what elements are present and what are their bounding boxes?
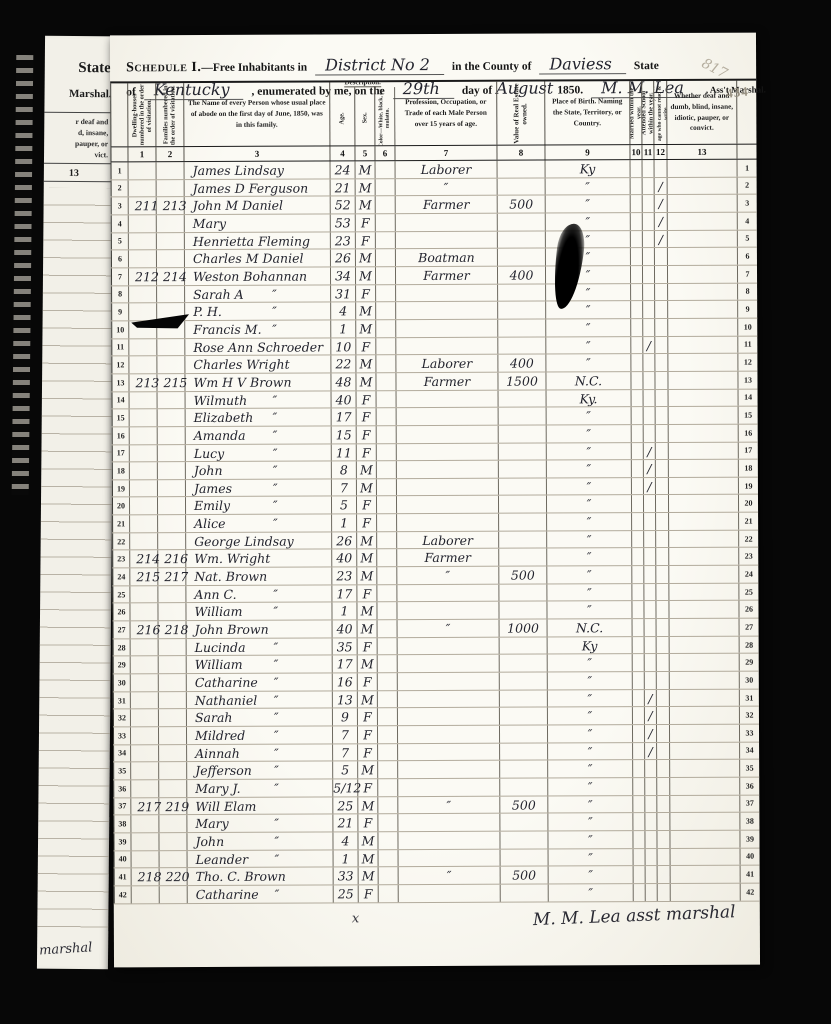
person-name: Sarah: [195, 710, 233, 725]
cell-sex: M: [357, 532, 377, 549]
cell-age: 8: [332, 461, 357, 478]
cell-real-estate-value: [499, 390, 547, 407]
cell-real-estate-value: [499, 461, 547, 478]
col-header-age: Age.: [330, 87, 355, 145]
cell-name: Mary J.″: [187, 779, 333, 796]
cell-sex: M: [358, 656, 378, 673]
cell-name: Will Elam: [187, 797, 333, 814]
cell-real-estate-value: [499, 531, 547, 548]
cell-dwelling-number: 217: [131, 798, 159, 815]
cell-family-number: [157, 250, 185, 267]
cell-dwelling-number: [130, 409, 158, 426]
row-number-left: 2: [111, 180, 129, 197]
cell-color: [377, 514, 397, 531]
cell-real-estate-value: [500, 726, 548, 743]
cell-condition: [668, 195, 738, 212]
cell-real-estate-value: 1000: [500, 620, 548, 637]
cell-married-in-year: [631, 213, 643, 230]
column-number: 12: [654, 145, 667, 159]
cell-age: 40: [332, 391, 357, 408]
cell-color: [377, 550, 397, 567]
cell-real-estate-value: [498, 178, 546, 195]
cell-condition: [669, 566, 739, 583]
cell-name: Henrietta Fleming: [185, 232, 331, 249]
cell-real-estate-value: [499, 425, 547, 442]
cell-color: [377, 497, 397, 514]
cell-color: [379, 850, 399, 867]
cell-sex: M: [356, 179, 376, 196]
cell-sex: F: [358, 673, 378, 690]
cell-color: [378, 814, 398, 831]
cell-occupation: [398, 761, 500, 778]
margin-number: [110, 147, 128, 161]
row-number-left: 37: [113, 798, 131, 815]
cell-family-number: 216: [158, 551, 186, 568]
cell-cannot-read-write: [657, 725, 670, 742]
row-number-right: 28: [740, 636, 759, 653]
cell-sex: F: [357, 408, 377, 425]
cell-attended-school: /: [645, 690, 657, 707]
name-ditto-mark: ″: [273, 409, 278, 426]
cell-sex: M: [356, 161, 376, 178]
cell-sex: M: [356, 197, 376, 214]
cell-family-number: [160, 886, 188, 903]
cell-cannot-read-write: [657, 743, 670, 760]
person-name: William: [195, 657, 243, 672]
column-number: 1: [128, 147, 156, 161]
cell-real-estate-value: [498, 161, 546, 178]
table-header: Dwelling-houses numbered in the order of…: [110, 79, 756, 148]
cell-real-estate-value: [499, 496, 547, 513]
row-number-right: 20: [739, 495, 758, 512]
cell-dwelling-number: [131, 657, 159, 674]
cell-dwelling-number: 218: [132, 868, 160, 885]
cell-name: Elizabeth″: [186, 409, 332, 426]
row-number-right: 8: [738, 283, 757, 300]
cell-occupation: Laborer: [396, 161, 498, 178]
cell-married-in-year: [633, 707, 645, 724]
cell-married-in-year: [631, 160, 643, 177]
name-ditto-mark: ″: [274, 709, 279, 726]
column-number: 8: [497, 146, 545, 160]
cell-family-number: [157, 339, 185, 356]
cell-cannot-read-write: [656, 407, 669, 424]
cell-family-number: [157, 180, 185, 197]
cell-occupation: [396, 320, 498, 337]
person-name: John M Daniel: [193, 198, 283, 213]
cell-family-number: [159, 709, 187, 726]
col-header-text: Attended School within the year.: [642, 82, 654, 144]
cell-color: [377, 391, 397, 408]
row-number-right: 19: [739, 477, 758, 494]
cell-sex: F: [356, 232, 376, 249]
cell-attended-school: [643, 284, 655, 301]
cell-color: [378, 673, 398, 690]
cell-color: [376, 355, 396, 372]
col-header-text: Value of Real Estate owned.: [513, 82, 529, 144]
cell-real-estate-value: [500, 761, 548, 778]
cell-age: 26: [332, 532, 357, 549]
cell-sex: F: [358, 779, 378, 796]
cell-condition: [669, 460, 739, 477]
cell-condition: [669, 425, 739, 442]
cell-birthplace: ″: [546, 195, 631, 212]
row-number-left: 40: [114, 851, 132, 868]
cell-age: 33: [334, 868, 359, 885]
name-ditto-mark: ″: [273, 462, 278, 479]
row-number-left: 32: [113, 710, 131, 727]
cell-name: William″: [186, 603, 332, 620]
cell-name: Mary: [185, 214, 331, 231]
cell-color: [378, 620, 398, 637]
cell-sex: M: [356, 320, 376, 337]
cell-dwelling-number: [129, 339, 157, 356]
col-header-text: Dwelling-houses numbered in the order of…: [131, 84, 153, 146]
cell-family-number: [158, 603, 186, 620]
cell-age: 31: [331, 285, 356, 302]
fragment-line: d, insane,: [37, 128, 108, 140]
cell-dwelling-number: [130, 427, 158, 444]
cell-color: [378, 656, 398, 673]
col-header-dwelling: Dwelling-houses numbered in the order of…: [128, 83, 156, 146]
cell-color: [377, 567, 397, 584]
row-number-left: 14: [112, 392, 130, 409]
cell-cannot-read-write: [656, 495, 669, 512]
cell-age: 5: [333, 762, 358, 779]
row-number-right: 31: [740, 689, 759, 706]
cell-age: 22: [331, 356, 356, 373]
row-number-right: 22: [739, 530, 758, 547]
cell-age: 5/12: [333, 779, 358, 796]
cell-occupation: [398, 690, 500, 707]
cell-real-estate-value: 500: [498, 196, 546, 213]
row-number-right: 14: [739, 389, 758, 406]
column-number: 3: [184, 146, 330, 161]
cell-age: 40: [332, 550, 357, 567]
row-number-right: 16: [739, 424, 758, 441]
cell-occupation: [397, 602, 499, 619]
fragment-line: pauper, or: [37, 138, 108, 150]
cell-married-in-year: [633, 778, 645, 795]
cell-sex: M: [359, 867, 379, 884]
cell-cannot-read-write: [657, 760, 670, 777]
cell-married-in-year: [633, 760, 645, 777]
cell-real-estate-value: [498, 284, 546, 301]
cell-attended-school: /: [644, 460, 656, 477]
row-number-left: 24: [112, 568, 130, 585]
person-name: Rose Ann Schroeder: [193, 339, 323, 355]
cell-sex: F: [357, 585, 377, 602]
cell-dwelling-number: [129, 233, 157, 250]
cell-family-number: [158, 498, 186, 515]
cell-real-estate-value: [498, 231, 546, 248]
cell-color: [376, 302, 396, 319]
cell-condition: [670, 636, 740, 653]
cell-sex: M: [356, 250, 376, 267]
cell-color: [376, 373, 396, 390]
cell-family-number: [157, 286, 185, 303]
footer-x-mark: x: [352, 911, 359, 926]
cell-cannot-read-write: [655, 337, 668, 354]
cell-attended-school: [646, 884, 658, 901]
cell-color: [376, 249, 396, 266]
column-number: 5: [355, 146, 375, 160]
cell-name: John M Daniel: [185, 197, 331, 214]
cell-color: [378, 726, 398, 743]
row-number-right: 17: [739, 442, 758, 459]
cell-attended-school: /: [644, 443, 656, 460]
row-number-right: 13: [738, 371, 757, 388]
cell-name: James″: [186, 479, 332, 496]
cell-age: 17: [332, 409, 357, 426]
row-number-right: 21: [739, 513, 758, 530]
person-name: Emily: [194, 498, 230, 513]
cell-condition: [668, 213, 738, 230]
person-name: Charles Wright: [193, 357, 289, 372]
person-name: Ainnah: [195, 746, 240, 761]
name-ditto-mark: ″: [274, 744, 279, 761]
row-number-right: 39: [740, 831, 759, 848]
cell-condition: [668, 230, 738, 247]
cell-sex: F: [357, 497, 377, 514]
cell-name: Mildred″: [187, 726, 333, 743]
cell-attended-school: [645, 760, 657, 777]
cell-married-in-year: [631, 266, 643, 283]
row-number-right: 12: [738, 354, 757, 371]
cell-age: 34: [331, 267, 356, 284]
row-number-right: 6: [738, 248, 757, 265]
row-number-right: 1: [738, 160, 757, 177]
row-number-right: 36: [740, 778, 759, 795]
cell-color: [376, 196, 396, 213]
cell-birthplace: Ky.: [547, 390, 632, 407]
row-number-left: 31: [113, 692, 131, 709]
cell-sex: M: [357, 479, 377, 496]
name-ditto-mark: ″: [274, 656, 279, 673]
col-header-birthplace: Place of Birth. Naming the State, Territ…: [545, 81, 630, 144]
cell-condition: [670, 619, 740, 636]
cell-cannot-read-write: [656, 460, 669, 477]
cell-occupation: Farmer: [397, 549, 499, 566]
col-header-text: Color—White, black, or mulatto.: [378, 87, 391, 145]
person-name: Mary: [193, 216, 226, 231]
cell-attended-school: [643, 178, 655, 195]
col-header-text: Sex.: [361, 113, 368, 124]
cell-real-estate-value: [499, 478, 547, 495]
cell-cannot-read-write: /: [655, 178, 668, 195]
cell-family-number: [157, 162, 185, 179]
name-ditto-mark: ″: [273, 427, 278, 444]
col-header-text: Married within the year.: [630, 82, 642, 144]
col-header-sex: Sex.: [355, 87, 375, 145]
cell-condition: [669, 407, 739, 424]
column-number: 13: [667, 145, 737, 159]
row-number-left: 29: [113, 657, 131, 674]
cell-age: 10: [331, 338, 356, 355]
cell-real-estate-value: [498, 213, 546, 230]
cell-attended-school: /: [644, 478, 656, 495]
row-number-left: 12: [111, 357, 129, 374]
cell-family-number: [158, 533, 186, 550]
row-number-right: 41: [741, 866, 760, 883]
cell-occupation: [398, 673, 500, 690]
cell-cannot-read-write: [655, 301, 668, 318]
row-number-right: 30: [740, 672, 759, 689]
cell-name: Wm H V Brown: [185, 373, 331, 390]
col-header-families: Families numbered in the order of visita…: [156, 83, 184, 146]
margin-number: [737, 145, 756, 159]
name-ditto-mark: ″: [274, 691, 279, 708]
cell-occupation: [396, 231, 498, 248]
column-number: 6: [375, 146, 395, 160]
cell-family-number: [159, 833, 187, 850]
cell-occupation: [397, 514, 499, 531]
cell-attended-school: [645, 654, 657, 671]
cell-name: Amanda″: [186, 426, 332, 443]
row-number-left: 8: [111, 286, 129, 303]
cell-married-in-year: [634, 866, 646, 883]
cell-birthplace: ″: [547, 566, 632, 583]
cell-cannot-read-write: [656, 531, 669, 548]
cell-family-number: [158, 409, 186, 426]
cell-married-in-year: [632, 531, 644, 548]
cell-cannot-read-write: /: [655, 195, 668, 212]
cell-married-in-year: [631, 248, 643, 265]
cell-condition: [669, 513, 739, 530]
cell-dwelling-number: [129, 180, 157, 197]
cell-age: 7: [332, 479, 357, 496]
cell-color: [379, 867, 399, 884]
cell-dwelling-number: [129, 250, 157, 267]
cell-name: James D Ferguson: [185, 179, 331, 196]
cell-birthplace: ″: [549, 849, 634, 866]
cell-real-estate-value: [500, 814, 548, 831]
cell-attended-school: /: [645, 743, 657, 760]
column-number: 2: [156, 147, 184, 161]
cell-color: [378, 709, 398, 726]
cell-cannot-read-write: /: [655, 231, 668, 248]
person-name: John: [194, 463, 223, 478]
adjacent-col13-fragment: r deaf and d, insane, pauper, or vict.: [37, 112, 112, 165]
cell-married-in-year: [632, 407, 644, 424]
cell-condition: [669, 442, 739, 459]
cell-condition: [670, 654, 740, 671]
person-name: Nathaniel: [195, 692, 257, 707]
person-name: Henrietta Fleming: [193, 233, 310, 249]
cell-sex: M: [356, 267, 376, 284]
census-page: 817 434 Schedule I.—Free Inhabitants in …: [110, 33, 760, 968]
row-number-left: 28: [113, 639, 131, 656]
cell-birthplace: ″: [548, 796, 633, 813]
row-number-right: 38: [740, 813, 759, 830]
cell-age: 1: [332, 514, 357, 531]
cell-birthplace: N.C.: [546, 372, 631, 389]
cell-real-estate-value: [500, 831, 548, 848]
row-number-right: 26: [739, 601, 758, 618]
cell-real-estate-value: [499, 584, 547, 601]
row-number-left: 11: [111, 339, 129, 356]
margin-header-left: [110, 83, 128, 146]
cell-birthplace: ″: [547, 460, 632, 477]
person-name: Jefferson: [195, 763, 252, 778]
cell-dwelling-number: [132, 886, 160, 903]
cell-birthplace: ″: [546, 354, 631, 371]
cell-name: Charles M Daniel: [185, 250, 331, 267]
cell-married-in-year: [632, 566, 644, 583]
cell-age: 4: [333, 832, 358, 849]
row-number-left: 26: [112, 604, 130, 621]
cell-dwelling-number: [130, 515, 158, 532]
cell-sex: M: [357, 461, 377, 478]
cell-condition: [668, 336, 738, 353]
cell-married-in-year: [632, 425, 644, 442]
person-name: Elizabeth: [194, 410, 254, 425]
cell-name: Catharine″: [187, 673, 333, 690]
row-number-right: 34: [740, 742, 759, 759]
cell-birthplace: ″: [546, 178, 631, 195]
cell-married-in-year: [633, 672, 645, 689]
row-number-left: 3: [111, 198, 129, 215]
cell-attended-school: [643, 160, 655, 177]
person-name: John Brown: [195, 622, 269, 637]
cell-dwelling-number: 214: [130, 551, 158, 568]
cell-attended-school: [644, 566, 656, 583]
adjacent-page-edge: State Marshal. r deaf and d, insane, pau…: [37, 36, 116, 970]
cell-birthplace: Ky: [548, 637, 633, 654]
cell-occupation: [398, 814, 500, 831]
cell-married-in-year: [631, 372, 643, 389]
cell-family-number: [159, 639, 187, 656]
cell-age: 26: [331, 250, 356, 267]
cell-birthplace: ″: [548, 813, 633, 830]
cell-condition: [670, 742, 740, 759]
cell-color: [377, 444, 397, 461]
cell-birthplace: ″: [546, 319, 631, 336]
cell-attended-school: [643, 213, 655, 230]
cell-dwelling-number: [130, 533, 158, 550]
cell-married-in-year: [632, 443, 644, 460]
row-number-left: 1: [111, 162, 129, 179]
page-number-stamp: 434: [725, 84, 749, 102]
cell-attended-school: [644, 513, 656, 530]
row-number-left: 18: [112, 462, 130, 479]
row-number-left: 9: [111, 304, 129, 321]
person-name: William: [194, 604, 242, 619]
person-name: Ann C.: [194, 587, 236, 602]
cell-condition: [670, 672, 740, 689]
cell-real-estate-value: [499, 443, 547, 460]
cell-sex: M: [358, 691, 378, 708]
cell-name: Wilmuth″: [186, 391, 332, 408]
cell-sex: F: [357, 444, 377, 461]
cell-family-number: [158, 462, 186, 479]
cell-family-number: [159, 762, 187, 779]
cell-name: Charles Wright: [185, 356, 331, 373]
cell-cannot-read-write: [656, 584, 669, 601]
cell-color: [377, 461, 397, 478]
row-number-left: 36: [113, 780, 131, 797]
cell-condition: [668, 301, 738, 318]
column-number: 9: [545, 145, 630, 159]
cell-condition: [670, 725, 740, 742]
cell-occupation: ″: [396, 178, 498, 195]
cell-married-in-year: [632, 601, 644, 618]
cell-name: Ann C.″: [186, 585, 332, 602]
cell-cannot-read-write: [657, 619, 670, 636]
cell-condition: [668, 319, 738, 336]
cell-name: Weston Bohannan: [185, 267, 331, 284]
cell-real-estate-value: [499, 549, 547, 566]
